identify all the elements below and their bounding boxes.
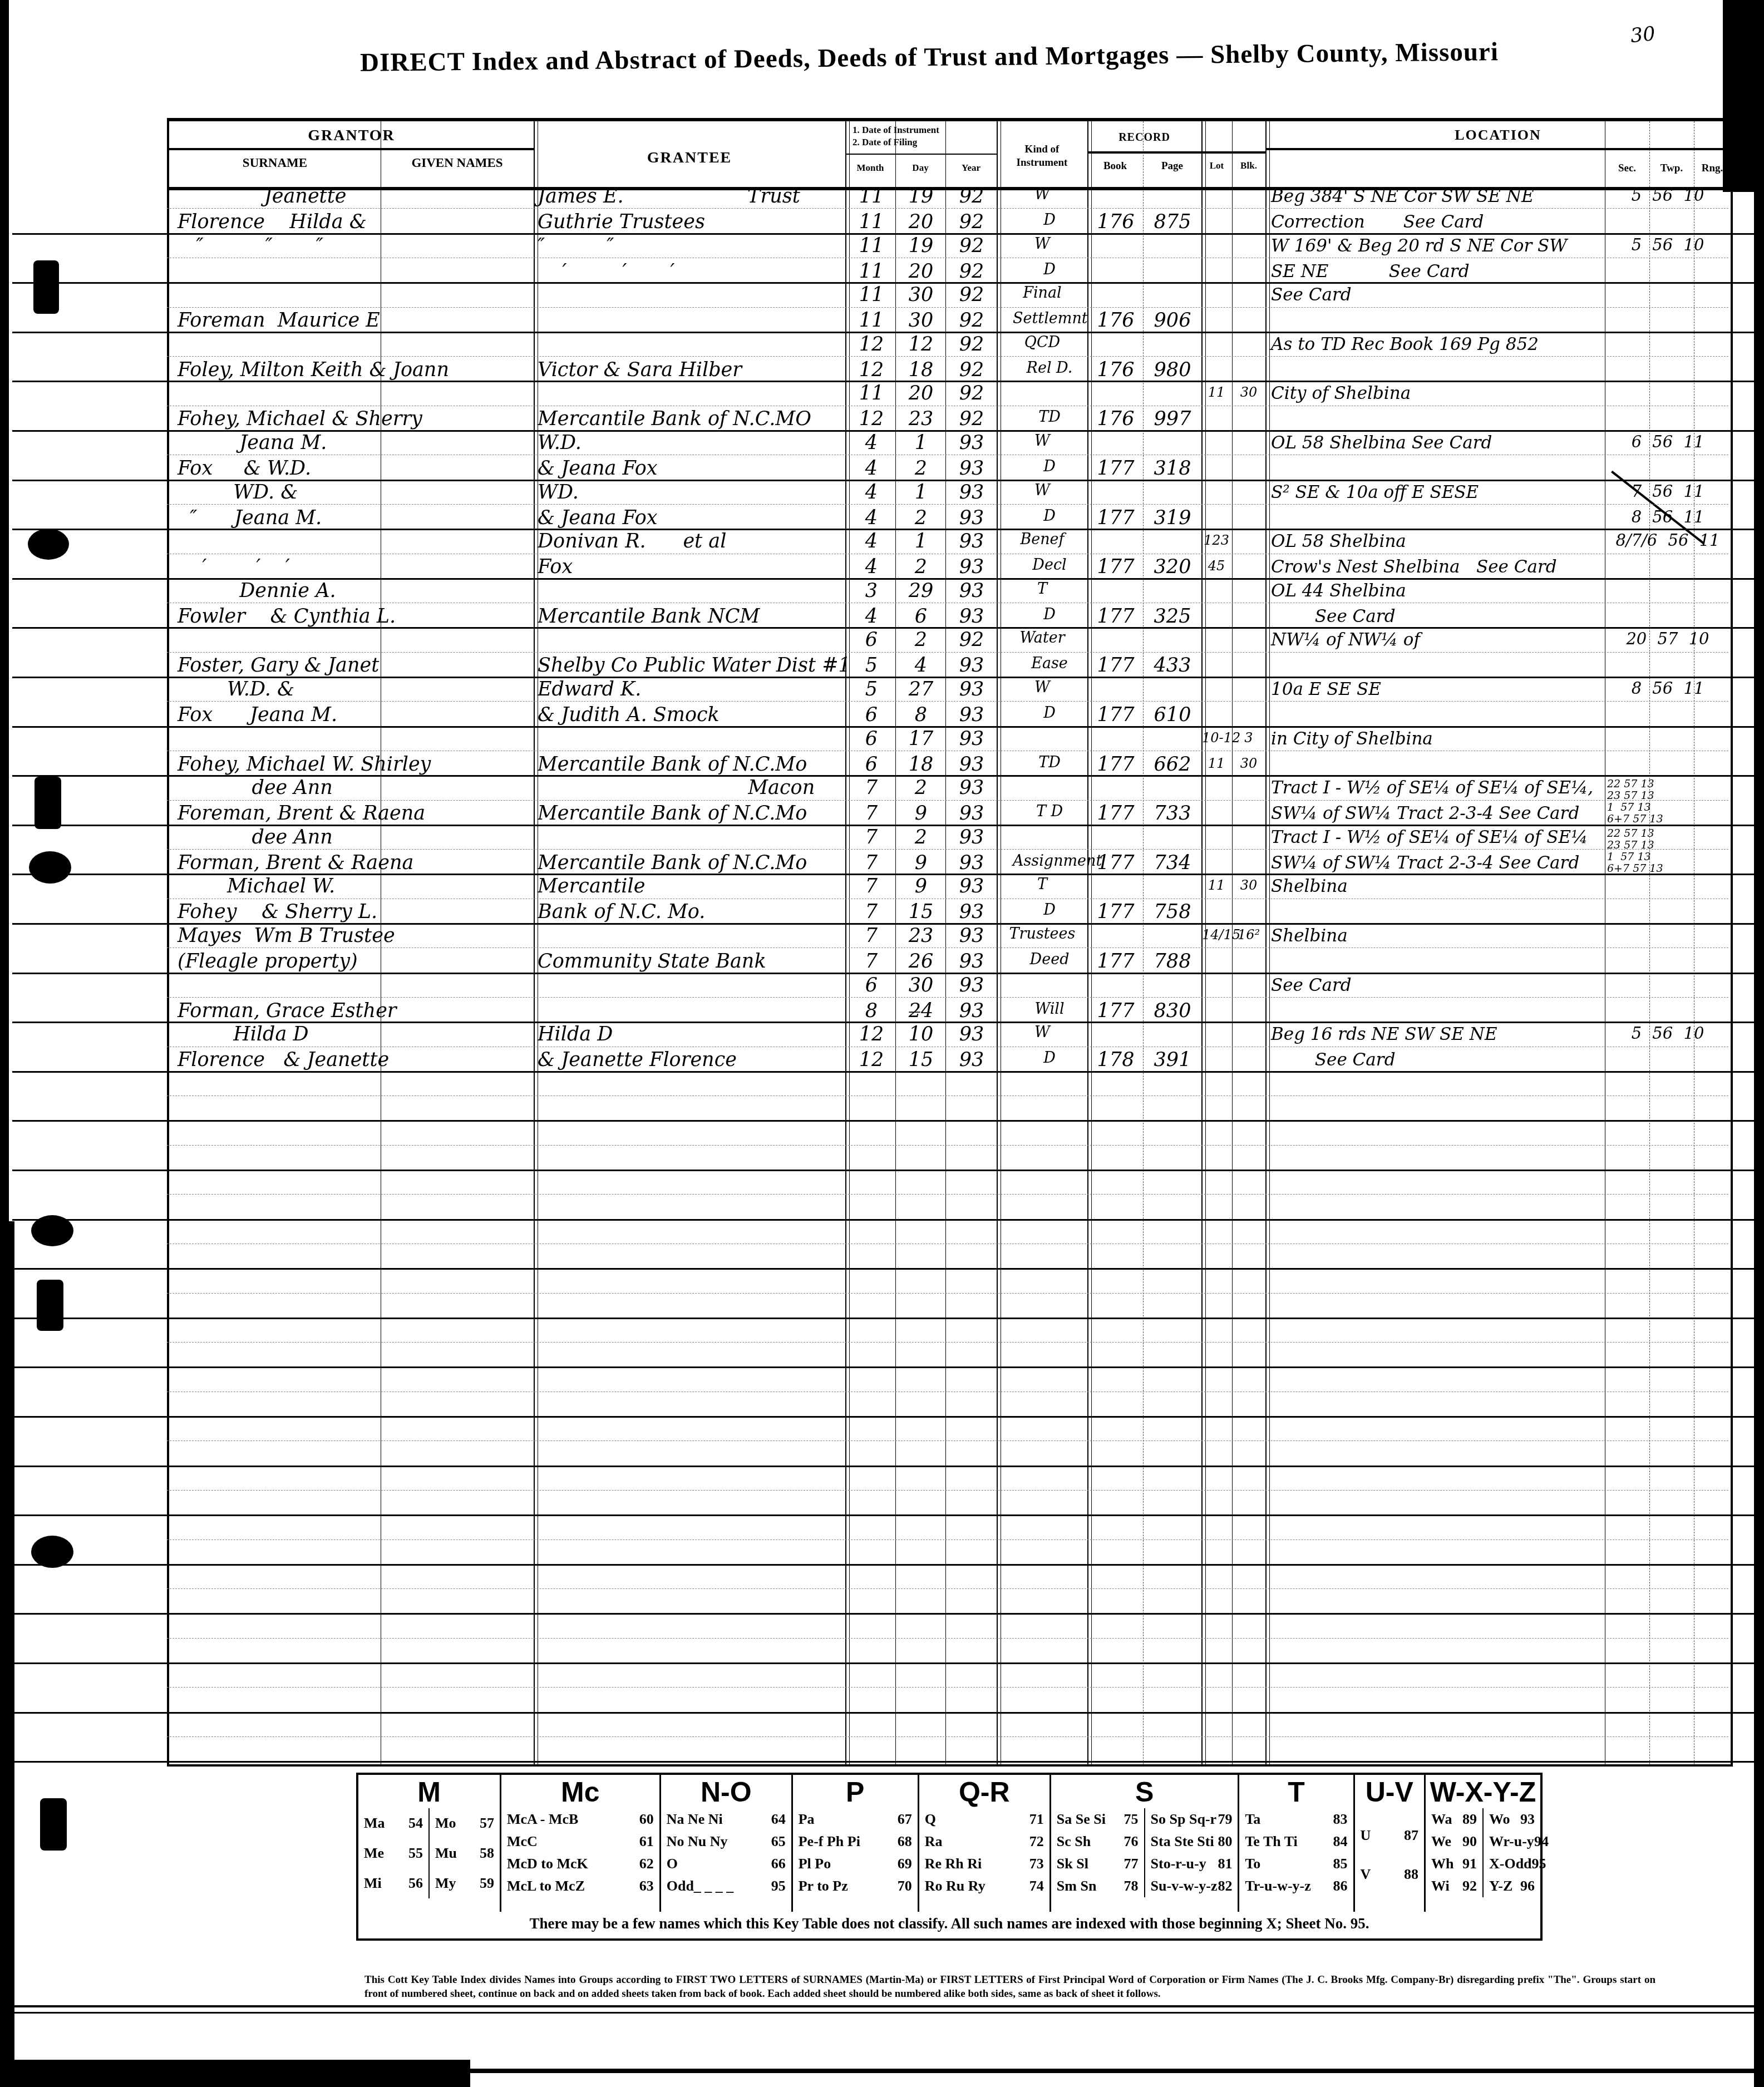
key-row-number: 55 [408, 1838, 423, 1868]
lot-cell: 12345 [1202, 532, 1231, 581]
key-row-number: 67 [898, 1808, 912, 1831]
date-day-cell: 1920 [896, 236, 946, 285]
grantee-cell: Mercantile Bank of N.C.Mo [538, 729, 845, 778]
date-day-cell: 3030 [896, 285, 946, 334]
key-row-number: 73 [1029, 1853, 1044, 1875]
location-cell: OL 58 ShelbinaCrow's Nest Shelbina See C… [1271, 532, 1602, 581]
key-row-label: Ma [364, 1808, 385, 1838]
key-row: Mo57 [430, 1808, 500, 1838]
date-month-cell: 77 [847, 778, 896, 827]
header-sec: Sec. [1605, 162, 1649, 175]
grantor-cell: ″ ″ ″ [178, 236, 536, 285]
date-year-cell: 9292 [946, 384, 997, 433]
ledger-entry: JeanetteFlorence Hilda &James E. TrustGu… [169, 187, 1731, 236]
row-line [12, 578, 1756, 580]
key-group-rows: Pa67Pe-f Ph Pi68Pl Po69Pr to Pz70 [793, 1808, 918, 1897]
key-group-header: M [358, 1776, 500, 1808]
key-row-number: 65 [771, 1831, 786, 1853]
ledger-entry: Forman, Grace Esther68302̶49393Will17783… [169, 976, 1731, 1025]
key-row: My59 [430, 1868, 500, 1898]
key-row-number: 89 [1462, 1808, 1477, 1831]
row-line [12, 233, 1756, 235]
kind-cell: TrusteesDeed [998, 926, 1086, 975]
key-row: V88 [1355, 1863, 1424, 1886]
row-mid-line [167, 1392, 1728, 1392]
row-mid-line [167, 1047, 1728, 1047]
key-row: O66 [661, 1853, 791, 1875]
footer-line1: This Cott Key Table Index divides Names … [364, 1974, 1453, 1986]
key-row-number: 62 [639, 1853, 654, 1875]
date-year-cell: 9393 [946, 877, 997, 926]
location-cell: NW¼ of NW¼ of [1271, 630, 1602, 679]
key-group-column: Mo57Mu58My59 [428, 1808, 500, 1898]
key-row-label: McC [507, 1831, 538, 1853]
row-mid-line [167, 406, 1728, 406]
key-group-columns: Sa Se Si75Sc Sh76Sk Sl77Sm Sn78So Sp Sq-… [1051, 1808, 1238, 1897]
kind-cell: WD [998, 1025, 1086, 1074]
key-row: Ma54 [358, 1808, 428, 1838]
date-day-cell: 2023 [896, 384, 946, 433]
key-group-column: Ma54Me55Mi56 [358, 1808, 428, 1898]
header-kind2: Instrument [997, 157, 1087, 169]
grantor-cell: Fohey, Michael & Sherry [178, 384, 536, 433]
kind-cell: Assignment [998, 828, 1086, 877]
date-year-cell: 9393 [946, 433, 997, 482]
key-row-number: 88 [1404, 1863, 1418, 1886]
kind-cell: WD [998, 483, 1086, 532]
book-cell: 177 [1090, 433, 1142, 482]
grantee-cell: Hilda D& Jeanette Florence [538, 1025, 845, 1074]
row-mid-line [167, 1342, 1728, 1343]
date-year-cell: 9393 [946, 976, 997, 1025]
grantor-cell: dee AnnForman, Brent & Raena [178, 828, 536, 877]
scan-bar-bottom [0, 2060, 470, 2087]
key-row-number: 83 [1333, 1808, 1348, 1831]
ledger-entry: ″ ″ ″″ ″ ′ ′ ′111119209292WDW 169' & Beg… [169, 236, 1731, 286]
row-mid-line [167, 1736, 1728, 1737]
kind-cell: WD [998, 187, 1086, 236]
row-mid-line [167, 701, 1728, 702]
key-row: To85 [1239, 1853, 1353, 1875]
date-year-cell: 9393 [946, 1025, 997, 1074]
key-group-column: Sa Se Si75Sc Sh76Sk Sl77Sm Sn78 [1051, 1808, 1144, 1897]
key-row: Mi56 [358, 1868, 428, 1898]
key-row-label: Q [925, 1808, 936, 1831]
row-mid-line [167, 1540, 1728, 1540]
page-cell: 758 [1145, 877, 1200, 926]
key-row-number: 94 [1534, 1831, 1549, 1853]
ledger-entry: Foley, Milton Keith & JoannVictor & Sara… [169, 335, 1731, 384]
key-group-s: SSa Se Si75Sc Sh76Sk Sl77Sm Sn78So Sp Sq… [1051, 1775, 1240, 1912]
location-cell: Beg 16 rds NE SW SE NE See Card [1271, 1025, 1602, 1074]
key-row-label: Su-v-w-y-z [1151, 1875, 1218, 1897]
key-row-label: Pa [799, 1808, 815, 1831]
header-location: LOCATION [1265, 127, 1731, 144]
key-row: Wo93 [1484, 1808, 1540, 1831]
row-mid-line [167, 1244, 1728, 1244]
header-grantor: GRANTOR [169, 127, 534, 145]
key-row-number: 68 [898, 1831, 912, 1853]
location-cell: As to TD Rec Book 169 Pg 852 [1271, 335, 1602, 384]
row-mid-line [167, 307, 1728, 308]
key-row: Y-Z96 [1484, 1875, 1540, 1897]
row-line [12, 627, 1756, 629]
grantor-cell: Dennie A.Fowler & Cynthia L. [178, 581, 536, 630]
row-line [12, 1712, 1756, 1714]
row-line [12, 726, 1756, 728]
row-line [12, 1416, 1756, 1418]
book-cell: 177 [1090, 680, 1142, 729]
lot-cell: 11 [1202, 877, 1231, 926]
key-row-number: 58 [480, 1838, 494, 1868]
key-group-rows: U87V88 [1355, 1808, 1424, 1902]
row-mid-line [167, 1490, 1728, 1491]
row-mid-line [167, 1145, 1728, 1146]
key-row-number: 57 [480, 1808, 494, 1838]
page-cell: 433 [1145, 630, 1200, 679]
kind-cell: TD [998, 729, 1086, 778]
key-row-label: U [1361, 1824, 1371, 1847]
header-month: Month [845, 162, 895, 174]
key-row-label: Ra [925, 1831, 943, 1853]
header-given-names: GIVEN NAMES [381, 156, 534, 170]
row-mid-line [167, 603, 1728, 603]
header-day: Day [895, 162, 945, 174]
row-line [12, 1022, 1756, 1023]
key-row-number: 87 [1404, 1824, 1418, 1847]
date-year-cell: 9292 [946, 285, 997, 334]
key-row-label: Ta [1245, 1808, 1260, 1831]
key-group-header: W-X-Y-Z [1426, 1776, 1540, 1808]
location-cell: Tract I - W½ of SE¼ of SE¼ of SE¼,SW¼ of… [1271, 778, 1602, 827]
grantee-cell: ″ ″ ′ ′ ′ [538, 236, 845, 285]
date-day-cell: 1718 [896, 729, 946, 778]
key-row: Pr to Pz70 [793, 1875, 918, 1897]
key-row-label: Odd_ _ _ _ [667, 1875, 734, 1897]
row-line [12, 677, 1756, 678]
key-row: McD to McK62 [501, 1853, 659, 1875]
row-mid-line [167, 1440, 1728, 1441]
header-lot: Lot [1201, 160, 1232, 171]
key-row-number: 74 [1029, 1875, 1044, 1897]
key-row: Wh91 [1426, 1853, 1482, 1875]
key-row: Odd_ _ _ _95 [661, 1875, 791, 1897]
date-day-cell: 12 [896, 483, 946, 532]
key-row: Sto-r-u-y81 [1145, 1853, 1238, 1875]
location-cell: Shelbina [1271, 877, 1602, 926]
grantee-cell: WD.& Jeana Fox [538, 483, 845, 532]
location-cell: City of Shelbina [1271, 384, 1602, 433]
key-row: Sc Sh76 [1051, 1831, 1144, 1853]
key-group-rows: McA - McB60McC61McD to McK62McL to McZ63 [501, 1808, 659, 1897]
row-line [12, 1268, 1756, 1270]
key-row-label: Re Rh Ri [925, 1853, 982, 1875]
date-year-cell: 9293 [946, 630, 997, 679]
index-table: GRANTOR SURNAME GIVEN NAMES GRANTEE 1. D… [167, 118, 1733, 1767]
grantee-cell: Mercantile Bank NCM [538, 581, 845, 630]
key-row-label: McL to McZ [507, 1875, 585, 1897]
kind-cell: WaterEase [998, 630, 1086, 679]
date-month-cell: 1212 [847, 335, 896, 384]
key-row-number: 60 [639, 1808, 654, 1831]
key-row-number: 91 [1462, 1853, 1477, 1875]
row-mid-line [167, 948, 1728, 948]
row-line [12, 381, 1756, 382]
key-row-label: Na Ne Ni [667, 1808, 723, 1831]
key-group-n-o: N-ONa Ne Ni64No Nu Ny65O66Odd_ _ _ _95 [661, 1775, 793, 1912]
key-row: So Sp Sq-r79 [1145, 1808, 1238, 1831]
grantee-cell: MercantileBank of N.C. Mo. [538, 877, 845, 926]
key-group-p: PPa67Pe-f Ph Pi68Pl Po69Pr to Pz70 [793, 1775, 919, 1912]
key-row-number: 96 [1520, 1875, 1535, 1897]
row-mid-line [167, 652, 1728, 653]
location-cell: See Card [1271, 976, 1602, 1025]
date-day-cell: 12 [896, 433, 946, 482]
punch-mark [29, 851, 71, 884]
ledger-entry: dee AnnForeman, Brent & Raena MaconMerca… [169, 778, 1731, 828]
date-year-cell: 9393 [946, 926, 997, 975]
grantee-cell: Mercantile Bank of N.C.Mo [538, 828, 845, 877]
header-record: RECORD [1087, 131, 1201, 144]
date-month-cell: 77 [847, 828, 896, 877]
sec-twp-rng-cell: 5 56 10 [1607, 187, 1728, 236]
grantee-cell: Edward K.& Judith A. Smock [538, 680, 845, 729]
key-row: Mu58 [430, 1838, 500, 1868]
sec-twp-rng-cell: 22 57 1323 57 131 57 136+7 57 13 [1607, 828, 1728, 877]
key-row: X-Odd95 [1484, 1853, 1540, 1875]
key-group-rows: Ta83Te Th Ti84To85Tr-u-w-y-z86 [1239, 1808, 1353, 1897]
key-row-number: 93 [1520, 1808, 1535, 1831]
scan-edge-right [1754, 189, 1764, 2087]
key-row: McC61 [501, 1831, 659, 1853]
ledger-entry: Hilda DFlorence & JeanetteHilda D& Jeane… [169, 1025, 1731, 1074]
grantor-cell: Michael W.Fohey & Sherry L. [178, 877, 536, 926]
sec-twp-rng-cell: 7 56 118 56 11 [1607, 483, 1728, 532]
key-row-label: McD to McK [507, 1853, 588, 1875]
key-row-label: Pe-f Ph Pi [799, 1831, 860, 1853]
page-cell: 830 [1145, 976, 1200, 1025]
page-cell: 733 [1145, 778, 1200, 827]
date-month-cell: 77 [847, 877, 896, 926]
key-row-label: V [1361, 1863, 1371, 1886]
key-row-number: 95 [1532, 1853, 1546, 1875]
header-kind1: Kind of [997, 144, 1087, 156]
key-row-number: 90 [1462, 1831, 1477, 1853]
location-cell: S² SE & 10a off E SESE [1271, 483, 1602, 532]
date-day-cell: 302̶4 [896, 976, 946, 1025]
book-cell: 176 [1090, 384, 1142, 433]
scan-line-bottom [470, 2069, 1764, 2073]
date-month-cell: 1112 [847, 384, 896, 433]
date-month-cell: 44 [847, 483, 896, 532]
key-row-label: Sc Sh [1057, 1831, 1091, 1853]
key-row-number: 54 [408, 1808, 423, 1838]
key-row: Sta Ste Sti80 [1145, 1831, 1238, 1853]
key-row: Wa89 [1426, 1808, 1482, 1831]
key-row-number: 79 [1218, 1808, 1232, 1831]
page-cell: 391 [1145, 1025, 1200, 1074]
row-mid-line [167, 849, 1728, 850]
header-date2: 2. Date of Filing [853, 137, 917, 148]
footer-fine-print: This Cott Key Table Index divides Names … [364, 1973, 1655, 2001]
kind-cell: FinalSettlemnt [998, 285, 1086, 334]
grantee-cell: Community State Bank [538, 926, 845, 975]
key-row-number: 84 [1333, 1831, 1348, 1853]
date-year-cell: 9393 [946, 778, 997, 827]
key-row: Ra72 [919, 1831, 1049, 1853]
page-cell: 319 [1145, 483, 1200, 532]
row-mid-line [167, 1588, 1728, 1589]
key-row-number: 69 [898, 1853, 912, 1875]
grantee-cell: James E. TrustGuthrie Trustees [538, 187, 845, 236]
book-cell: 176 [1090, 285, 1142, 334]
grantee-cell: W.D.& Jeana Fox [538, 433, 845, 482]
location-cell: W 169' & Beg 20 rd S NE Cor SWSE NE See … [1271, 236, 1602, 285]
kind-cell: QCDRel D. [998, 335, 1086, 384]
row-line [12, 1219, 1756, 1221]
key-row-number: 86 [1333, 1875, 1348, 1897]
punch-mark [28, 529, 69, 560]
key-row-label: Wr-u-y [1489, 1831, 1534, 1853]
key-group-columns: Wa89We90Wh91Wi92Wo93Wr-u-y94X-Odd95Y-Z96 [1426, 1808, 1540, 1897]
row-line [12, 1366, 1756, 1368]
ledger-sheet: DIRECT Index and Abstract of Deeds, Deed… [0, 0, 1764, 2087]
grantor-cell: Fohey, Michael W. Shirley [178, 729, 536, 778]
key-row-label: To [1245, 1853, 1260, 1875]
key-row: Pa67 [793, 1808, 918, 1831]
key-row-label: My [435, 1868, 456, 1898]
date-year-cell: 9292 [946, 187, 997, 236]
date-year-cell: 9393 [946, 581, 997, 630]
key-group-column: Wo93Wr-u-y94X-Odd95Y-Z96 [1482, 1808, 1540, 1897]
row-line [12, 874, 1756, 875]
punch-mark [40, 1798, 67, 1851]
key-row-number: 77 [1124, 1853, 1139, 1875]
header-grantee: GRANTEE [534, 149, 845, 167]
ledger-entry: ′ ′ ′Donivan R. et alFox44129393BenefDec… [169, 532, 1731, 581]
row-mid-line [167, 258, 1728, 258]
row-mid-line [167, 1687, 1728, 1688]
key-row-number: 66 [771, 1853, 786, 1875]
date-day-cell: 915 [896, 877, 946, 926]
key-row: Sm Sn78 [1051, 1875, 1144, 1897]
row-line [12, 825, 1756, 826]
date-year-cell: 9393 [946, 828, 997, 877]
page-cell: 320 [1145, 532, 1200, 581]
key-group-header: Mc [501, 1776, 659, 1808]
key-row-number: 61 [639, 1831, 654, 1853]
date-month-cell: 44 [847, 433, 896, 482]
grantor-cell: Foster, Gary & Janet [178, 630, 536, 679]
row-line [12, 480, 1756, 481]
kind-cell: WD [998, 680, 1086, 729]
key-row-number: 76 [1124, 1831, 1139, 1853]
key-row: We90 [1426, 1831, 1482, 1853]
key-group-rows: Na Ne Ni64No Nu Ny65O66Odd_ _ _ _95 [661, 1808, 791, 1897]
key-row-label: Wh [1431, 1853, 1453, 1875]
row-line [12, 1071, 1756, 1073]
date-month-cell: 65 [847, 630, 896, 679]
grantee-cell: Victor & Sara Hilber [538, 335, 845, 384]
sec-twp-rng-cell: 20 57 10 [1607, 630, 1728, 679]
row-mid-line [167, 1194, 1728, 1195]
row-line [12, 1564, 1756, 1566]
key-group-columns: Ma54Me55Mi56Mo57Mu58My59 [358, 1808, 500, 1898]
kind-cell: WD [998, 236, 1086, 285]
row-line [12, 430, 1756, 432]
key-row: Tr-u-w-y-z86 [1239, 1875, 1353, 1897]
blk-cell: 16² [1233, 926, 1265, 975]
key-table: MMa54Me55Mi56Mo57Mu58My59McMcA - McB60Mc… [356, 1773, 1543, 1941]
kind-cell: TD [998, 877, 1086, 926]
row-mid-line [167, 504, 1728, 505]
ledger-entry: dee AnnForman, Brent & RaenaMercantile B… [169, 828, 1731, 877]
key-row-label: McA - McB [507, 1808, 579, 1831]
key-group-rows: Q71Ra72Re Rh Ri73Ro Ru Ry74 [919, 1808, 1049, 1897]
key-row: McL to McZ63 [501, 1875, 659, 1897]
key-row: Te Th Ti84 [1239, 1831, 1353, 1853]
punch-mark [35, 777, 61, 829]
key-row-label: Mu [435, 1838, 457, 1868]
date-year-cell: 9393 [946, 483, 997, 532]
key-row-number: 72 [1029, 1831, 1044, 1853]
header-page: Page [1143, 160, 1201, 172]
grantor-cell: Jeana M.Fox & W.D. [178, 433, 536, 482]
key-row-label: No Nu Ny [667, 1831, 728, 1853]
row-line [12, 973, 1756, 974]
location-cell: OL 58 Shelbina See Card [1271, 433, 1602, 482]
book-cell: 177 [1090, 828, 1142, 877]
date-day-cell: 1015 [896, 1025, 946, 1074]
key-row: Ta83 [1239, 1808, 1353, 1831]
date-day-cell: 24 [896, 630, 946, 679]
key-row-number: 70 [898, 1875, 912, 1897]
row-line [12, 775, 1756, 777]
date-day-cell: 2326 [896, 926, 946, 975]
ledger-entry: Mayes Wm B Trustee(Fleagle property)Comm… [169, 926, 1731, 976]
row-line [12, 1613, 1756, 1615]
page-cell: 610 [1145, 680, 1200, 729]
key-row-label: We [1431, 1831, 1451, 1853]
key-row-label: X-Odd [1489, 1853, 1532, 1875]
key-group-u-v: U-VU87V88 [1355, 1775, 1426, 1912]
row-line [12, 923, 1756, 925]
row-mid-line [167, 899, 1728, 899]
ledger-entry: WD. & ″ Jeana M.WD.& Jeana Fox44129393WD… [169, 483, 1731, 532]
date-month-cell: 44 [847, 532, 896, 581]
scan-edge-left-wide [0, 1221, 14, 2087]
key-row-number: 80 [1218, 1831, 1232, 1853]
date-month-cell: 1111 [847, 236, 896, 285]
lot-cell: 14/15 [1202, 926, 1231, 975]
key-row-number: 56 [408, 1868, 423, 1898]
ledger-entry: Foster, Gary & JanetShelby Co Public Wat… [169, 630, 1731, 680]
row-line [12, 332, 1756, 333]
punch-mark [33, 260, 59, 314]
blk-cell: 330 [1233, 729, 1265, 778]
key-row: Q71 [919, 1808, 1049, 1831]
key-row: Wr-u-y94 [1484, 1831, 1540, 1853]
grantor-cell: Forman, Grace Esther [178, 976, 536, 1025]
key-row-number: 63 [639, 1875, 654, 1897]
grantor-cell: WD. & ″ Jeana M. [178, 483, 536, 532]
key-row-label: Tr-u-w-y-z [1245, 1875, 1310, 1897]
key-row-number: 82 [1218, 1875, 1232, 1897]
blk-cell: 30 [1233, 384, 1265, 433]
grantor-cell: Hilda DFlorence & Jeanette [178, 1025, 536, 1074]
sec-twp-rng-cell: 8/7/6 56 11 [1607, 532, 1728, 581]
page-cell: 906 [1145, 285, 1200, 334]
